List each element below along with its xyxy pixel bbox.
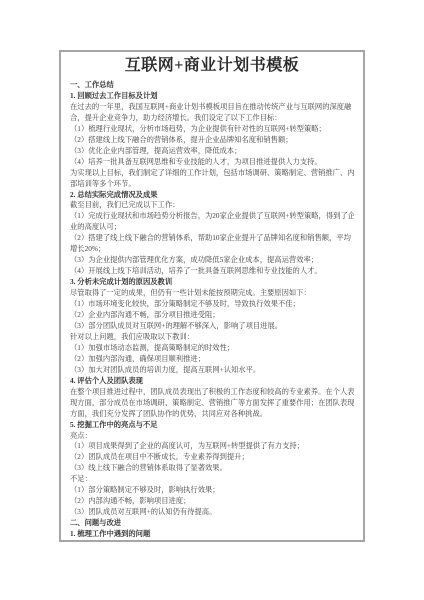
document-line: （3）为企业提供内部管理优化方案，成功降低5家企业成本，提高运营效率；	[70, 255, 354, 266]
document-line: （3）部分团队成员对互联网+的理解不够深入，影响了项目进展。	[70, 321, 354, 332]
document-title: 互联网+商业计划书模板	[70, 55, 354, 76]
document-line: （3）团队成员对互联网+的认知仍有待提高。	[70, 507, 354, 518]
document-line: （4）培养一批具备互联网思维和专业技能的人才，为项目推进提供人力支持。	[70, 157, 354, 168]
document-line: （1）市场环境变化较快，部分策略制定不够及时，导致执行效果不佳；	[70, 299, 354, 310]
document-line: 二、问题与改进	[70, 518, 354, 529]
document-line: 尽管取得了一定的成果，但仍有一些计划未能按预期完成。主要原因如下：	[70, 288, 354, 299]
document-line: （1）完成行业现状和市场趋势分析报告，为20家企业提供了互联网+转型策略，得到了…	[70, 211, 354, 222]
document-line: 针对以上问题，我们应吸取以下教训：	[70, 332, 354, 343]
document-line: （1）加强市场动态监测，提高策略制定的时效性；	[70, 343, 354, 354]
document-line: 部培训等多个环节。	[70, 179, 354, 190]
document-line: 在过去的一年里，我国互联网+商业计划书模板项目旨在推动传统产业与互联网的深度融	[70, 102, 354, 113]
document-line: （3）优化企业内部管理，提高运营效率，降低成本；	[70, 146, 354, 157]
document-body: 一、工作总结1. 回顾过去工作目标及计划在过去的一年里，我国互联网+商业计划书模…	[70, 80, 354, 540]
document-line: （1）部分策略制定不够及时，影响执行效果；	[70, 485, 354, 496]
document-line: （2）加强内部沟通，确保项目顺利推进；	[70, 354, 354, 365]
document-line: （2）团队成员在项目中不断成长，专业素养得到提升；	[70, 452, 354, 463]
document-line: 1. 梳理工作中遇到的问题	[70, 529, 354, 540]
document-line: （1）项目成果得到了企业的高度认可，为互联网+转型提供了有力支持；	[70, 441, 354, 452]
document-line: 一、工作总结	[70, 80, 354, 91]
document-line: 4. 评估个人及团队表现	[70, 376, 354, 387]
document-line: 截至目前，我们已完成以下工作：	[70, 200, 354, 211]
page: { "document": { "title": "互联网+商业计划书模板", …	[0, 0, 424, 600]
document-line: 不足：	[70, 474, 354, 485]
document-line: 为实现以上目标，我们制定了详细的工作计划，包括市场调研、策略制定、营销推广、内	[70, 168, 354, 179]
document-line: （3）线上线下融合的营销体系取得了显著效果。	[70, 463, 354, 474]
document-line: 现方面，部分成员在市场调研、策略制定、营销推广等方面发挥了重要作用；在团队表现	[70, 398, 354, 409]
document-line: 5. 挖掘工作中的亮点与不足	[70, 420, 354, 431]
document-line: （2）内部沟通不畅，影响项目进度；	[70, 496, 354, 507]
document-line: （1）梳理行业现状，分析市场趋势，为企业提供有针对性的互联网+转型策略；	[70, 124, 354, 135]
document-line: （3）加大对团队成员的培训力度，提高互联网+认知水平。	[70, 365, 354, 376]
document-line: 增长20%；	[70, 244, 354, 255]
document-line: 3. 分析未完成计划的原因及教训	[70, 277, 354, 288]
document-line: （2）企业内部沟通不畅，部分项目推进受阻；	[70, 310, 354, 321]
document-line: （4）开展线上线下培训活动，培养了一批具备互联网思维和专业技能的人才。	[70, 266, 354, 277]
document-page: 互联网+商业计划书模板 一、工作总结1. 回顾过去工作目标及计划在过去的一年里，…	[59, 50, 365, 542]
document-line: （2）搭建线上线下融合的营销体系，提升企业品牌知名度和销售额；	[70, 135, 354, 146]
document-line: 亮点：	[70, 431, 354, 442]
document-line: 2. 总结实际完成情况及成果	[70, 190, 354, 201]
document-line: 方面，我们充分发挥了团队协作的优势，共同应对各种挑战。	[70, 409, 354, 420]
document-line: 1. 回顾过去工作目标及计划	[70, 91, 354, 102]
document-line: 合，提升企业竞争力，助力经济增长。我们设定了以下工作目标：	[70, 113, 354, 124]
document-line: （2）搭建了线上线下融合的营销体系，帮助10家企业提升了品牌知名度和销售额，平均	[70, 233, 354, 244]
document-line: 在整个项目推进过程中，团队成员表现出了积极的工作态度和较高的专业素养。在个人表	[70, 387, 354, 398]
document-line: 业的高度认可；	[70, 222, 354, 233]
